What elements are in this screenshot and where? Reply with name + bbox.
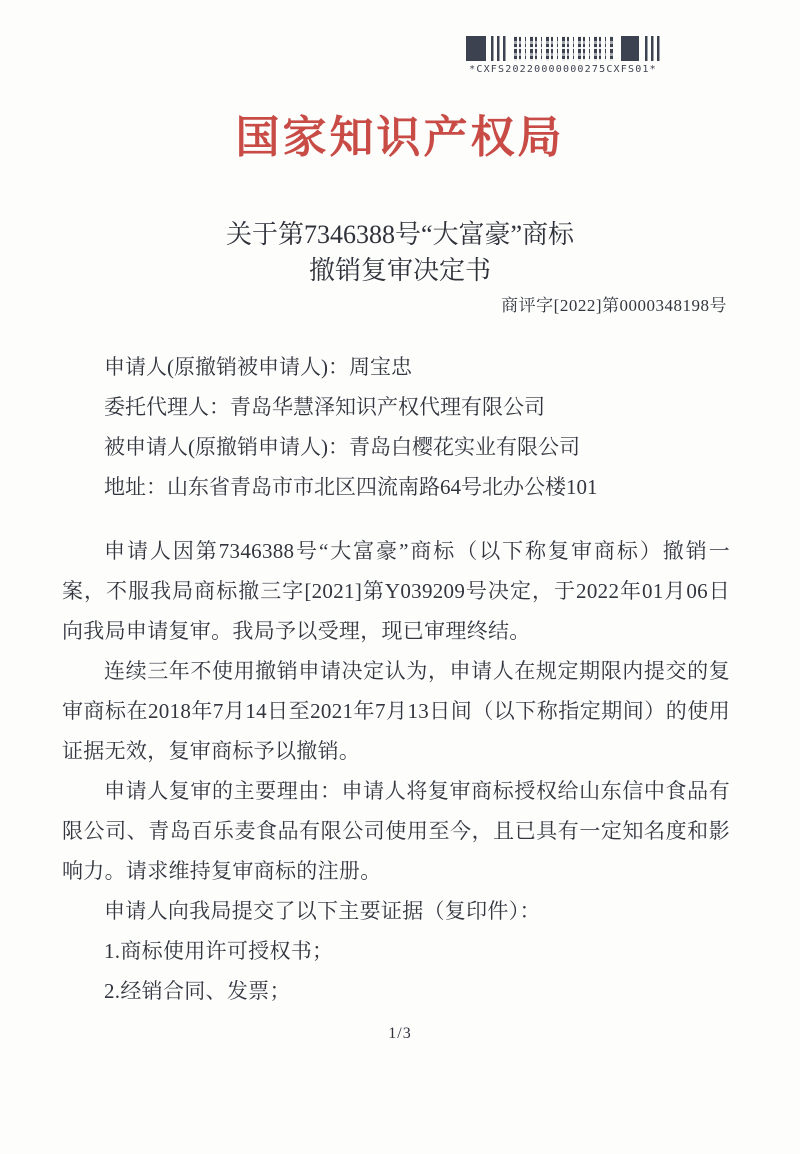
page-number: 1/3 [0, 1025, 800, 1043]
barcode-label: *CXFS20220000000275CXFS01* [466, 64, 660, 75]
body-paragraph: 申请人因第7346388号“大富豪”商标（以下称复审商标）撤销一案，不服我局商标… [62, 531, 730, 651]
evidence-item: 1.商标使用许可授权书； [62, 931, 730, 971]
evidence-item: 2.经销合同、发票； [62, 971, 730, 1011]
body-paragraph: 申请人复审的主要理由：申请人将复审商标授权给山东信中食品有限公司、青岛百乐麦食品… [62, 771, 730, 891]
barcode-bars-icon [645, 36, 660, 61]
party-line-address: 地址：山东省青岛市市北区四流南路64号北办公楼101 [104, 467, 740, 507]
barcode: *CXFS20220000000275CXFS01* [466, 36, 660, 75]
document-body: 申请人因第7346388号“大富豪”商标（以下称复审商标）撤销一案，不服我局商标… [62, 531, 730, 1011]
document-title-line1: 关于第7346388号“大富豪”商标 [0, 217, 800, 253]
barcode-block-icon [466, 36, 486, 61]
document-title: 关于第7346388号“大富豪”商标 撤销复审决定书 [0, 217, 800, 289]
document-title-line2: 撤销复审决定书 [0, 253, 800, 289]
barcode-matrix-icon [514, 36, 614, 61]
barcode-graphic [466, 36, 660, 61]
barcode-block-icon [621, 36, 639, 61]
reference-number: 商评字[2022]第0000348198号 [501, 291, 727, 316]
agency-title: 国家知识产权局 [0, 101, 800, 165]
document-page: *CXFS20220000000275CXFS01* 国家知识产权局 关于第73… [0, 0, 800, 1154]
party-line-respondent: 被申请人(原撤销申请人)：青岛白樱花实业有限公司 [104, 427, 740, 467]
barcode-bars-icon [491, 36, 507, 61]
party-line-agent: 委托代理人：青岛华慧泽知识产权代理有限公司 [104, 387, 740, 427]
parties-block: 申请人(原撤销被申请人)：周宝忠 委托代理人：青岛华慧泽知识产权代理有限公司 被… [104, 347, 740, 507]
body-paragraph: 申请人向我局提交了以下主要证据（复印件）： [62, 891, 730, 931]
body-paragraph: 连续三年不使用撤销申请决定认为，申请人在规定期限内提交的复审商标在2018年7月… [62, 651, 730, 771]
party-line-applicant: 申请人(原撤销被申请人)：周宝忠 [104, 347, 740, 387]
